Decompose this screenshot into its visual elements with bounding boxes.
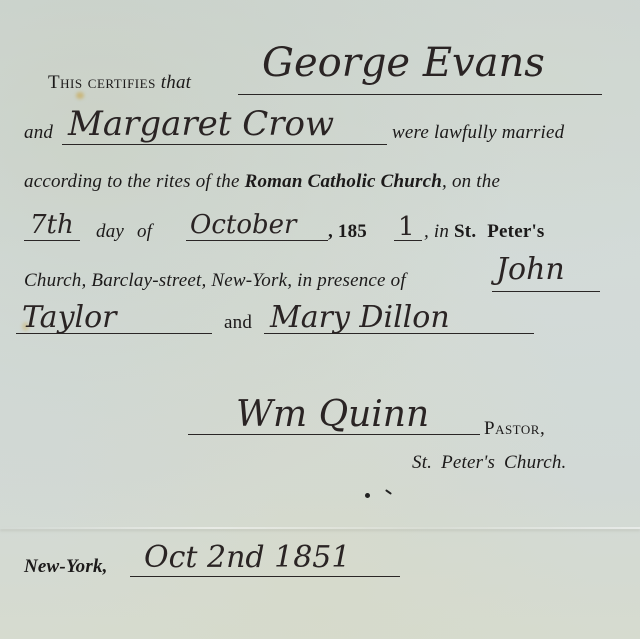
footer-date-handwritten: Oct 2nd 1851	[144, 540, 350, 575]
pastor-title: Pastor,	[484, 418, 545, 440]
pastor-signature-handwritten: Wm Quinn	[236, 394, 429, 435]
text-in-st-peters: , in St. Peter's	[424, 221, 545, 243]
month-blank	[186, 240, 328, 241]
text-church-address: Church, Barclay-street, New-York,	[24, 270, 292, 291]
witness1-last-handwritten: Taylor	[22, 300, 117, 335]
day-blank	[24, 240, 80, 241]
witness1-blank-line5	[492, 291, 600, 292]
ink-dot	[365, 493, 370, 498]
text-were-lawfully-married: were lawfully married	[392, 122, 564, 144]
text-in-presence-of: in presence of	[292, 270, 406, 291]
certificate-line-2: and	[24, 122, 53, 144]
text-rites: according to the rites of the	[24, 171, 245, 192]
year-digit-handwritten: 1	[398, 212, 415, 242]
text-that: that	[161, 72, 191, 93]
witness2-handwritten: Mary Dillon	[270, 300, 450, 335]
ink-mark	[385, 489, 392, 495]
certificate-line-5: Church, Barclay-street, New-York, in pre…	[24, 270, 406, 292]
text-in: , in	[424, 221, 454, 242]
text-and: and	[24, 122, 53, 143]
text-year-prefix: , 185	[328, 221, 367, 243]
text-roman-catholic-church: Roman Catholic Church	[245, 171, 442, 192]
year-prefix: , 185	[328, 221, 367, 242]
signature-church: St. Peter's Church.	[412, 452, 566, 474]
month-handwritten: October	[190, 210, 296, 240]
text-day-of: day of	[96, 221, 152, 243]
text-on-the: , on the	[442, 171, 500, 192]
text-and-witnesses: and	[224, 312, 252, 334]
footer-date-blank	[130, 576, 400, 577]
text-st-peters: St. Peter's	[454, 221, 545, 242]
certificate-line-3: according to the rites of the Roman Cath…	[24, 171, 500, 193]
witness1-first-handwritten: John	[496, 252, 565, 287]
groom-name-handwritten: George Evans	[262, 40, 545, 86]
bride-name-blank	[62, 144, 387, 145]
groom-name-blank	[238, 94, 602, 95]
certificate-line-1: This certifies that	[48, 72, 191, 94]
paper-fold-crease	[0, 527, 640, 529]
bride-name-handwritten: Margaret Crow	[68, 104, 334, 144]
footer-city: New-York,	[24, 556, 108, 578]
day-handwritten: 7th	[30, 210, 74, 240]
heading-this-certifies: This certifies	[48, 72, 156, 93]
